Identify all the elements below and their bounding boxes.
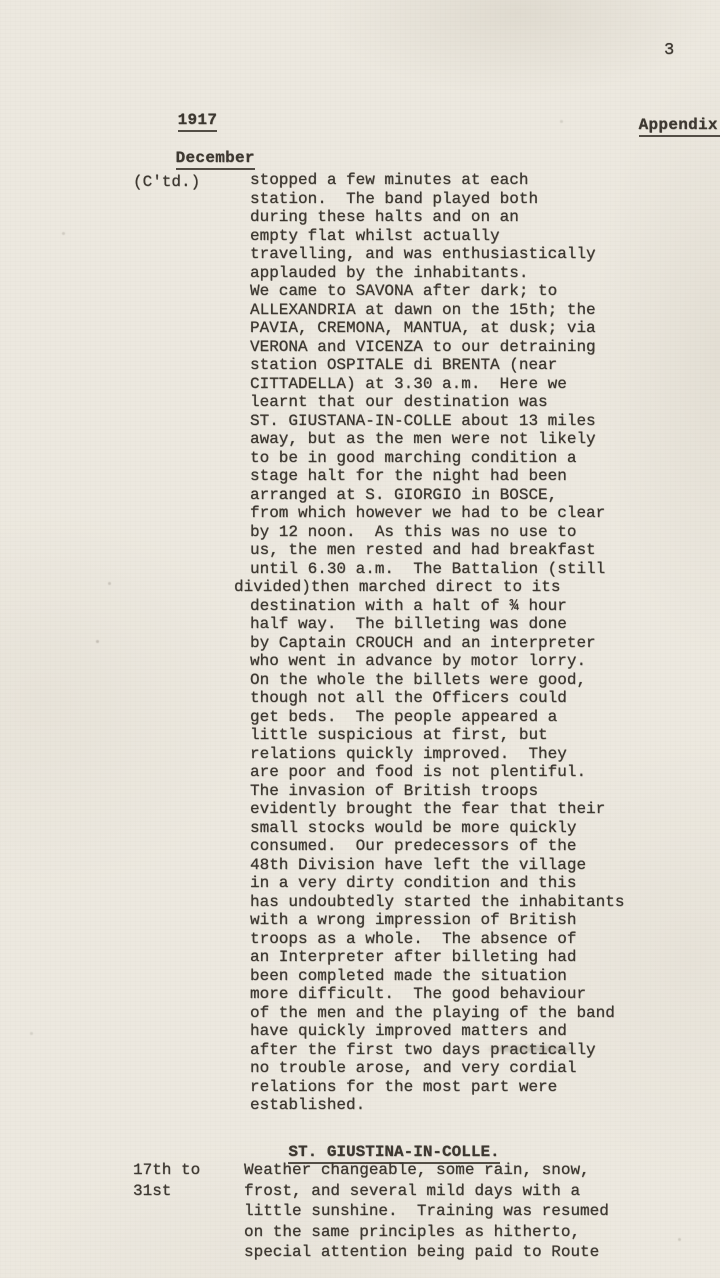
text-line: have quickly improved matters and <box>250 1022 670 1041</box>
text-line: on the same principles as hitherto, <box>244 1222 664 1243</box>
text-line: half way. The billeting was done <box>250 615 670 634</box>
text-line: relations quickly improved. They <box>250 745 670 764</box>
appendix-heading: Appendix. <box>599 97 720 156</box>
text-line: with a wrong impression of British <box>250 911 670 930</box>
text-line: arranged at S. GIORGIO in BOSCE, <box>250 486 670 505</box>
text-line: evidently brought the fear that their <box>250 800 670 819</box>
document-page: 3 1917 Appendix. December (C'td.) stoppe… <box>0 0 720 1278</box>
text-line: who went in advance by motor lorry. <box>250 652 670 671</box>
text-line: though not all the Officers could <box>250 689 670 708</box>
text-line: consumed. Our predecessors of the <box>250 837 670 856</box>
text-line: an Interpreter after billeting had <box>250 948 670 967</box>
text-line: learnt that our destination was <box>250 393 670 412</box>
text-line: PAVIA, CREMONA, MANTUA, at dusk; via <box>250 319 670 338</box>
text-line: 17th to <box>133 1160 200 1181</box>
continued-label: (C'td.) <box>133 173 200 192</box>
text-line: until 6.30 a.m. The Battalion (still <box>250 560 670 579</box>
diary-entry-1-paragraph: stopped a few minutes at eachstation. Th… <box>250 171 670 1115</box>
text-line: divided)then marched direct to its <box>234 578 670 597</box>
text-line: stage halt for the night had been <box>250 467 670 486</box>
text-line: travelling, and was enthusiastically <box>250 245 670 264</box>
text-line: destination with a halt of ¾ hour <box>250 597 670 616</box>
text-line: during these halts and on an <box>250 208 670 227</box>
text-line: We came to SAVONA after dark; to <box>250 282 670 301</box>
diary-entry-2-paragraph: Weather changeable, some rain, snow,fros… <box>244 1160 664 1263</box>
text-line: from which however we had to be clear <box>250 504 670 523</box>
text-line: small stocks would be more quickly <box>250 819 670 838</box>
text-line: On the whole the billets were good, <box>250 671 670 690</box>
text-line: little sunshine. Training was resumed <box>244 1201 664 1222</box>
text-line: 48th Division have left the village <box>250 856 670 875</box>
text-line: more difficult. The good behaviour <box>250 985 670 1004</box>
text-line: by Captain CROUCH and an interpreter <box>250 634 670 653</box>
appendix-heading-text: Appendix. <box>639 116 720 138</box>
text-line: station OSPITALE di BRENTA (near <box>250 356 670 375</box>
text-line: been completed made the situation <box>250 967 670 986</box>
text-line: ST. GIUSTANA-IN-COLLE about 13 miles <box>250 412 670 431</box>
paper-specks <box>0 0 3 3</box>
text-line: Weather changeable, some rain, snow, <box>244 1160 664 1181</box>
month-heading-text: December <box>176 149 255 171</box>
year-heading-text: 1917 <box>178 111 218 133</box>
text-line: established. <box>250 1096 670 1115</box>
text-line: applauded by the inhabitants. <box>250 264 670 283</box>
text-line: in a very dirty condition and this <box>250 874 670 893</box>
text-line: frost, and several mild days with a <box>244 1181 664 1202</box>
text-line: station. The band played both <box>250 190 670 209</box>
text-line: to be in good marching condition a <box>250 449 670 468</box>
text-line: empty flat whilst actually <box>250 227 670 246</box>
text-line: get beds. The people appeared a <box>250 708 670 727</box>
text-line: VERONA and VICENZA to our detraining <box>250 338 670 357</box>
text-line: away, but as the men were not likely <box>250 430 670 449</box>
text-line: troops as a whole. The absence of <box>250 930 670 949</box>
text-line: of the men and the playing of the band <box>250 1004 670 1023</box>
text-line: ALLEXANDRIA at dawn on the 15th; the <box>250 301 670 320</box>
text-line: has undoubtedly started the inhabitants <box>250 893 670 912</box>
text-line: 31st <box>133 1181 200 1202</box>
text-line: are poor and food is not plentiful. <box>250 763 670 782</box>
text-line: CITTADELLA) at 3.30 a.m. Here we <box>250 375 670 394</box>
text-line: by 12 noon. As this was no use to <box>250 523 670 542</box>
text-line: The invasion of British troops <box>250 782 670 801</box>
text-line: special attention being paid to Route <box>244 1242 664 1263</box>
text-line: relations for the most part were <box>250 1078 670 1097</box>
text-line: after the first two days practically <box>250 1041 670 1060</box>
text-line: us, the men rested and had breakfast <box>250 541 670 560</box>
text-line: no trouble arose, and very cordial <box>250 1059 670 1078</box>
page-number: 3 <box>664 42 674 61</box>
text-line: little suspicious at first, but <box>250 726 670 745</box>
date-range-label: 17th to31st <box>133 1160 200 1201</box>
text-line: stopped a few minutes at each <box>250 171 670 190</box>
